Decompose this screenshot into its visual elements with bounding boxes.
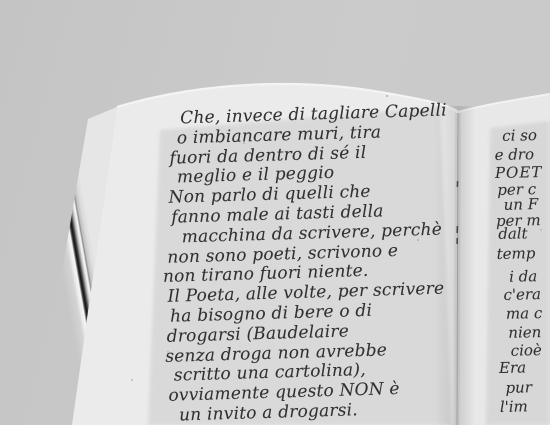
- handwriting-fragment: ma c: [506, 304, 546, 323]
- handwriting-fragment: c'era: [503, 285, 545, 304]
- photo-open-notebook: Che, invece di tagliare Capelli o imbian…: [0, 0, 550, 425]
- right-page-handwriting: ci so e dro POET per c un F per m dalt t…: [494, 126, 547, 416]
- handwriting-fragment: Era: [499, 358, 547, 378]
- left-page-handwriting: Che, invece di tagliare Capelli o imbian…: [158, 101, 456, 425]
- handwriting-fragment: nien: [508, 322, 546, 341]
- handwriting-fragment: temp: [496, 244, 544, 264]
- handwriting-fragment: pur: [505, 378, 547, 397]
- handwriting-fragment: ci so: [502, 126, 542, 145]
- handwriting-fragment: l'im: [500, 397, 548, 417]
- handwriting-fragment: cioè: [511, 341, 547, 360]
- handwriting-fragment: e dro: [494, 145, 542, 165]
- handwriting-fragment: i da: [509, 267, 545, 286]
